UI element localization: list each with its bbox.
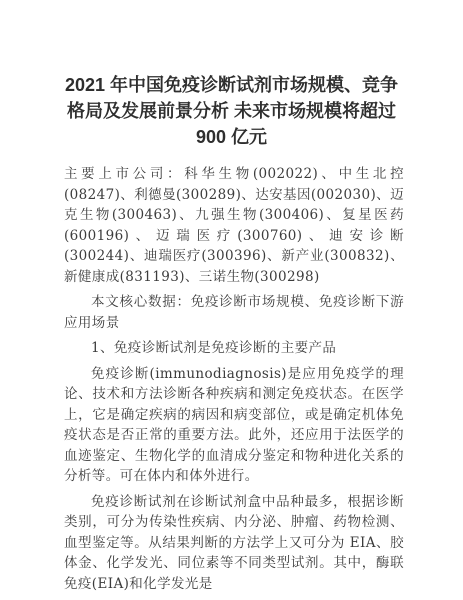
paragraph: 主要上市公司：科华生物(002022)、中生北控(08247)、利德曼(3002… <box>64 164 404 287</box>
document-page: 2021 年中国免疫诊断试剂市场规模、竞争格局及发展前景分析 未来市场规模将超过… <box>0 0 463 600</box>
paragraph: 本文核心数据：免疫诊断市场规模、免疫诊断下游应用场景 <box>64 292 404 333</box>
page-title: 2021 年中国免疫诊断试剂市场规模、竞争格局及发展前景分析 未来市场规模将超过… <box>0 0 463 150</box>
paragraph: 免疫诊断试剂在诊断试剂盒中品种最多，根据诊断类别，可分为传染性疾病、内分泌、肿瘤… <box>64 492 404 595</box>
paragraph: 1、免疫诊断试剂是免疫诊断的主要产品 <box>64 338 404 359</box>
article-body: 主要上市公司：科华生物(002022)、中生北控(08247)、利德曼(3002… <box>0 150 463 594</box>
paragraph: 免疫诊断(immunodiagnosis)是应用免疫学的理论、技术和方法诊断各种… <box>64 364 404 487</box>
